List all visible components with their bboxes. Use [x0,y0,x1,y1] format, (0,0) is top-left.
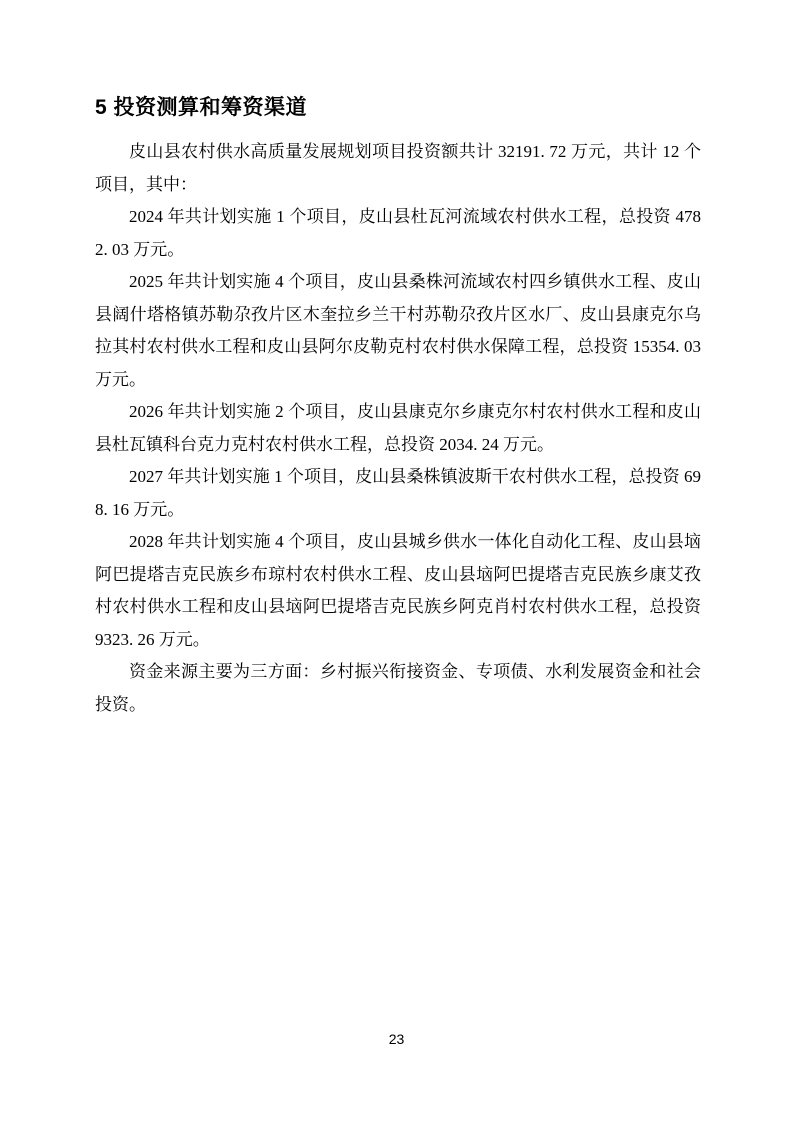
paragraph-funding-sources: 资金来源主要为三方面：乡村振兴衔接资金、专项债、水利发展资金和社会投资。 [95,656,701,721]
document-page: 5 投资测算和筹资渠道 皮山县农村供水高质量发展规划项目投资额共计 32191.… [0,0,793,1122]
section-heading: 5 投资测算和筹资渠道 [95,94,701,122]
paragraph-plan-2028: 2028 年共计划实施 4 个项目，皮山县城乡供水一体化自动化工程、皮山县垴阿巴… [95,526,701,656]
paragraph-total-investment: 皮山县农村供水高质量发展规划项目投资额共计 32191. 72 万元，共计 12… [95,136,701,201]
document-body: 5 投资测算和筹资渠道 皮山县农村供水高质量发展规划项目投资额共计 32191.… [95,94,701,721]
paragraph-plan-2024: 2024 年共计划实施 1 个项目，皮山县杜瓦河流域农村供水工程，总投资 478… [95,201,701,266]
page-number: 23 [0,1031,793,1047]
paragraph-plan-2025: 2025 年共计划实施 4 个项目，皮山县桑株河流域农村四乡镇供水工程、皮山县阔… [95,266,701,396]
paragraph-plan-2027: 2027 年共计划实施 1 个项目，皮山县桑株镇波斯干农村供水工程，总投资 69… [95,461,701,526]
paragraph-plan-2026: 2026 年共计划实施 2 个项目，皮山县康克尔乡康克尔村农村供水工程和皮山县杜… [95,396,701,461]
